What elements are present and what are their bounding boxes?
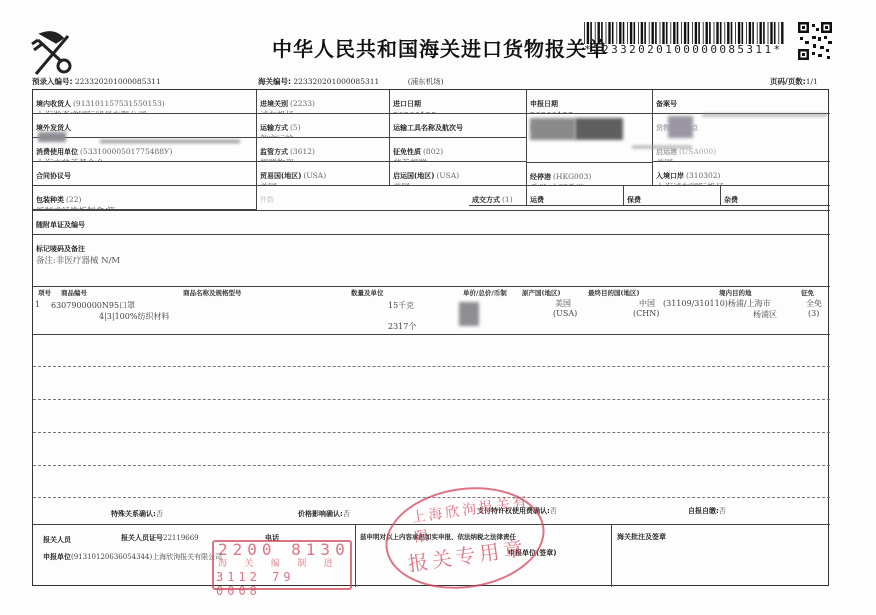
qr-code-icon <box>798 22 832 60</box>
col-hs-code: 商品编号 <box>61 288 87 297</box>
empty-row-divider <box>33 366 830 367</box>
col-quantity: 数量及单位 <box>351 288 384 297</box>
transit-port-field: 经停港(HKG003) 香港(中国香港) <box>527 162 653 186</box>
misc-fee-field: 杂费 <box>721 186 830 206</box>
special-relation-confirm: 特殊关系确认:否 <box>111 509 163 519</box>
declaring-unit: 申报单位(91310120636054344)上海欣洵报关有限公司 <box>43 552 222 562</box>
customs-number: 海关编号: 223320201000085311 (浦东机场) <box>258 76 444 87</box>
document-title: 中华人民共和国海关进口货物报关单 <box>272 33 608 62</box>
insurance-field: 保费 <box>624 186 721 206</box>
transport-mode-field: 运输方式(5) 航空运输 <box>257 114 390 138</box>
contract-number-field: 合同协议号 <box>33 162 257 186</box>
barcode-icon <box>584 22 784 44</box>
col-price: 单价/总价/币制 <box>463 288 507 297</box>
redacted-bill-no <box>575 118 623 140</box>
supervision-mode-field: 监管方式(3612) 捐赠物资 <box>257 138 390 162</box>
redacted-shipper <box>38 132 66 142</box>
declarant-label: 报关人员 <box>43 535 71 545</box>
entry-customs-field: 进境关别(2233) 浦东机场 <box>257 90 390 114</box>
levy-nature-field: 征免性质(802) 慈善捐赠 <box>390 138 527 162</box>
customs-note-label: 海关批注及签章 <box>617 532 666 542</box>
goods-divider <box>33 334 830 335</box>
self-pay-confirm: 自报自缴:否 <box>688 506 726 516</box>
col-domestic-dest: 境内目的地 <box>719 288 752 297</box>
col-origin: 原产国(地区) <box>522 288 560 297</box>
documents-field: 随附单证及编号 <box>33 210 830 235</box>
import-date-field: 进口日期 20200128 <box>390 90 527 114</box>
trade-country-field: 贸易国(地区)(USA) 美国 <box>257 162 390 186</box>
customs-declaration-page: 中华人民共和国海关进口货物报关单 *22332020100000085311* … <box>0 0 876 615</box>
col-levy: 征免 <box>801 288 814 297</box>
redacted-price <box>459 302 479 326</box>
page-count: 页码/页数:1/1 <box>770 76 818 87</box>
packing-type-field: 包装种类(22) 纸制或纤维板制盒/箱 <box>33 186 257 210</box>
redacted-bill-no <box>530 118 575 140</box>
origin-country-field: 启运国(地区)(USA) 美国 <box>390 162 527 186</box>
marks-remarks-field: 标记唛码及备注 备注:非医疗器械 N/M <box>33 235 830 287</box>
empty-row-divider <box>33 399 830 400</box>
freight-field: 运费 <box>527 186 624 206</box>
transport-name-field: 运输工具名称及航次号 <box>390 114 527 138</box>
departure-port-field: 启运港(USA000) 美国 <box>653 138 830 162</box>
consignee-field: 境内收货人(91310115753155015З) 上海瀚奇睿国际贸易有限公司 <box>33 90 257 114</box>
customs-emblem-icon <box>28 28 78 78</box>
col-dest-country: 最终目的国(地区) <box>588 288 639 297</box>
redacted-shipper-line <box>100 140 240 143</box>
barcode-text: *22332020100000085311* <box>584 43 788 56</box>
empty-row-divider <box>33 432 830 433</box>
declare-date-field: 申报日期 20200128 <box>527 90 653 114</box>
col-name-spec: 商品名称及规格型号 <box>183 288 242 297</box>
col-item-no: 项号 <box>38 288 51 297</box>
declarant-cert: 报关人员证号22119669 <box>121 533 199 543</box>
customs-broker-rect-stamp: 2200 8130 海 关 编 制 进 3112 79 0008 <box>212 540 352 590</box>
empty-row-divider <box>33 465 830 466</box>
trade-terms-field: 成交方式(1) F <box>469 186 527 206</box>
redacted-storage <box>668 116 693 138</box>
preentry-number: 预录入编号: 223320201000085311 <box>32 76 161 87</box>
price-influence-confirm: 价格影响确认:否 <box>298 509 350 519</box>
entry-port-field: 入境口岸(310302) 上海浦东国际机场 <box>653 162 830 186</box>
overseas-shipper-field: 境外发货人 <box>33 114 257 138</box>
record-number-field: 备案号 <box>653 90 830 114</box>
